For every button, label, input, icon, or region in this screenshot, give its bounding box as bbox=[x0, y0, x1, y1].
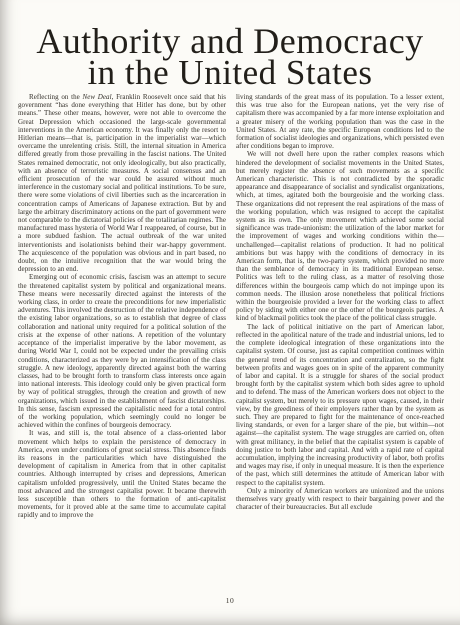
paragraph-4: We will not dwell here upon the rather c… bbox=[236, 150, 444, 322]
two-column-text-block: Reflecting on the New Deal, Franklin Roo… bbox=[0, 88, 460, 599]
article-header: Authority and Democracy in the United St… bbox=[0, 0, 460, 88]
left-column: Reflecting on the New Deal, Franklin Roo… bbox=[18, 93, 226, 599]
paragraph-2: Emerging out of economic crisis, fascism… bbox=[18, 273, 226, 429]
book-page: Authority and Democracy in the United St… bbox=[0, 0, 460, 625]
paragraph-5: The lack of political initiative on the … bbox=[236, 323, 444, 487]
paragraph-1: Reflecting on the New Deal, Franklin Roo… bbox=[18, 93, 226, 273]
page-number: 10 bbox=[0, 596, 460, 605]
article-title: Authority and Democracy in the United St… bbox=[0, 24, 460, 88]
paragraph-6: Only a minority of American workers are … bbox=[236, 487, 444, 512]
title-line-2: in the United States bbox=[0, 58, 460, 88]
paragraph-1-lead: Reflecting on the bbox=[29, 93, 83, 101]
right-column: living standards of the great mass of it… bbox=[236, 93, 444, 599]
paragraph-3-continuation: living standards of the great mass of it… bbox=[236, 93, 444, 150]
paragraph-1-body: , Franklin Roosevelt once said that his … bbox=[18, 93, 226, 273]
italic-term-new-deal: New Deal bbox=[83, 93, 112, 101]
paragraph-3: It was, and still is, the total absence … bbox=[18, 429, 226, 519]
